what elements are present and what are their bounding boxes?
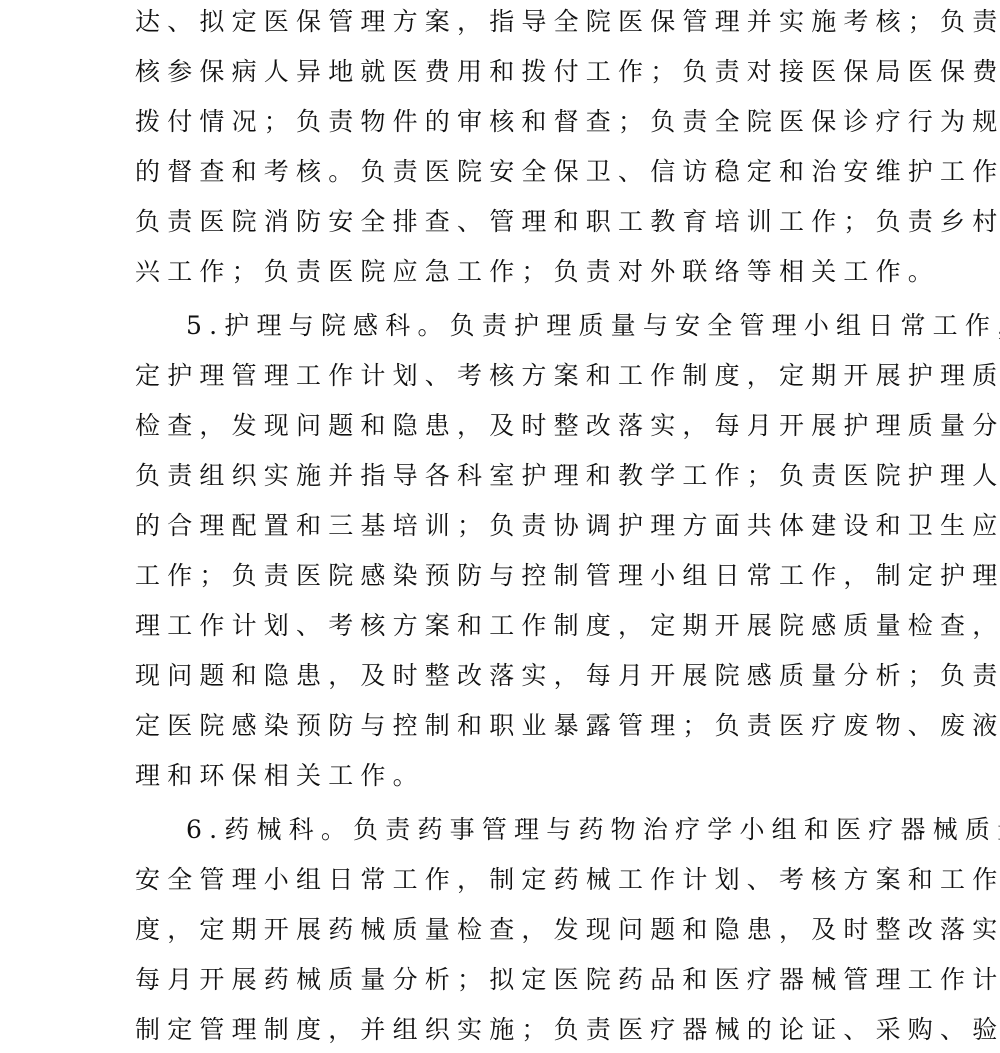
text-line: 负责组织实施并指导各科室护理和教学工作；负责医院护理人员 xyxy=(135,451,1000,501)
text-line: 安全管理小组日常工作，制定药械工作计划、考核方案和工作制 xyxy=(135,855,1000,905)
text-line: 理和环保相关工作。 xyxy=(135,751,425,801)
paragraph-heading-line: 5.护理与院感科。负责护理质量与安全管理小组日常工作，制 xyxy=(186,301,1000,351)
text-line: 负责医院消防安全排查、管理和职工教育培训工作；负责乡村振 xyxy=(135,197,1000,247)
text-line: 的合理配置和三基培训；负责协调护理方面共体建设和卫生应急 xyxy=(135,501,1000,551)
text-line: 检查，发现问题和隐患，及时整改落实，每月开展护理质量分析； xyxy=(135,401,1000,451)
text-line: 核参保病人异地就医费用和拨付工作；负责对接医保局医保费用 xyxy=(135,47,1000,97)
text-line: 兴工作；负责医院应急工作；负责对外联络等相关工作。 xyxy=(135,247,940,297)
text-line: 定护理管理工作计划、考核方案和工作制度，定期开展护理质量 xyxy=(135,351,1000,401)
text-line: 拨付情况；负责物件的审核和督查；负责全院医保诊疗行为规范 xyxy=(135,97,1000,147)
text-line: 定医院感染预防与控制和职业暴露管理；负责医疗废物、废液管 xyxy=(135,701,1000,751)
text-line: 每月开展药械质量分析；拟定医院药品和医疗器械管理工作计划、 xyxy=(135,955,1000,1005)
text-line: 现问题和隐患，及时整改落实，每月开展院感质量分析；负责制 xyxy=(135,651,1000,701)
paragraph-heading-line: 6.药械科。负责药事管理与药物治疗学小组和医疗器械质量与 xyxy=(186,805,1000,855)
text-line: 制定管理制度，并组织实施；负责医疗器械的论证、采购、验收、 xyxy=(135,1005,1000,1053)
text-line: 达、拟定医保管理方案，指导全院医保管理并实施考核；负责审 xyxy=(135,0,1000,47)
text-line: 理工作计划、考核方案和工作制度，定期开展院感质量检查，发 xyxy=(135,601,1000,651)
text-line: 的督查和考核。负责医院安全保卫、信访稳定和治安维护工作； xyxy=(135,147,1000,197)
text-line: 度，定期开展药械质量检查，发现问题和隐患，及时整改落实， xyxy=(135,905,1000,955)
text-line: 工作；负责医院感染预防与控制管理小组日常工作，制定护理管 xyxy=(135,551,1000,601)
